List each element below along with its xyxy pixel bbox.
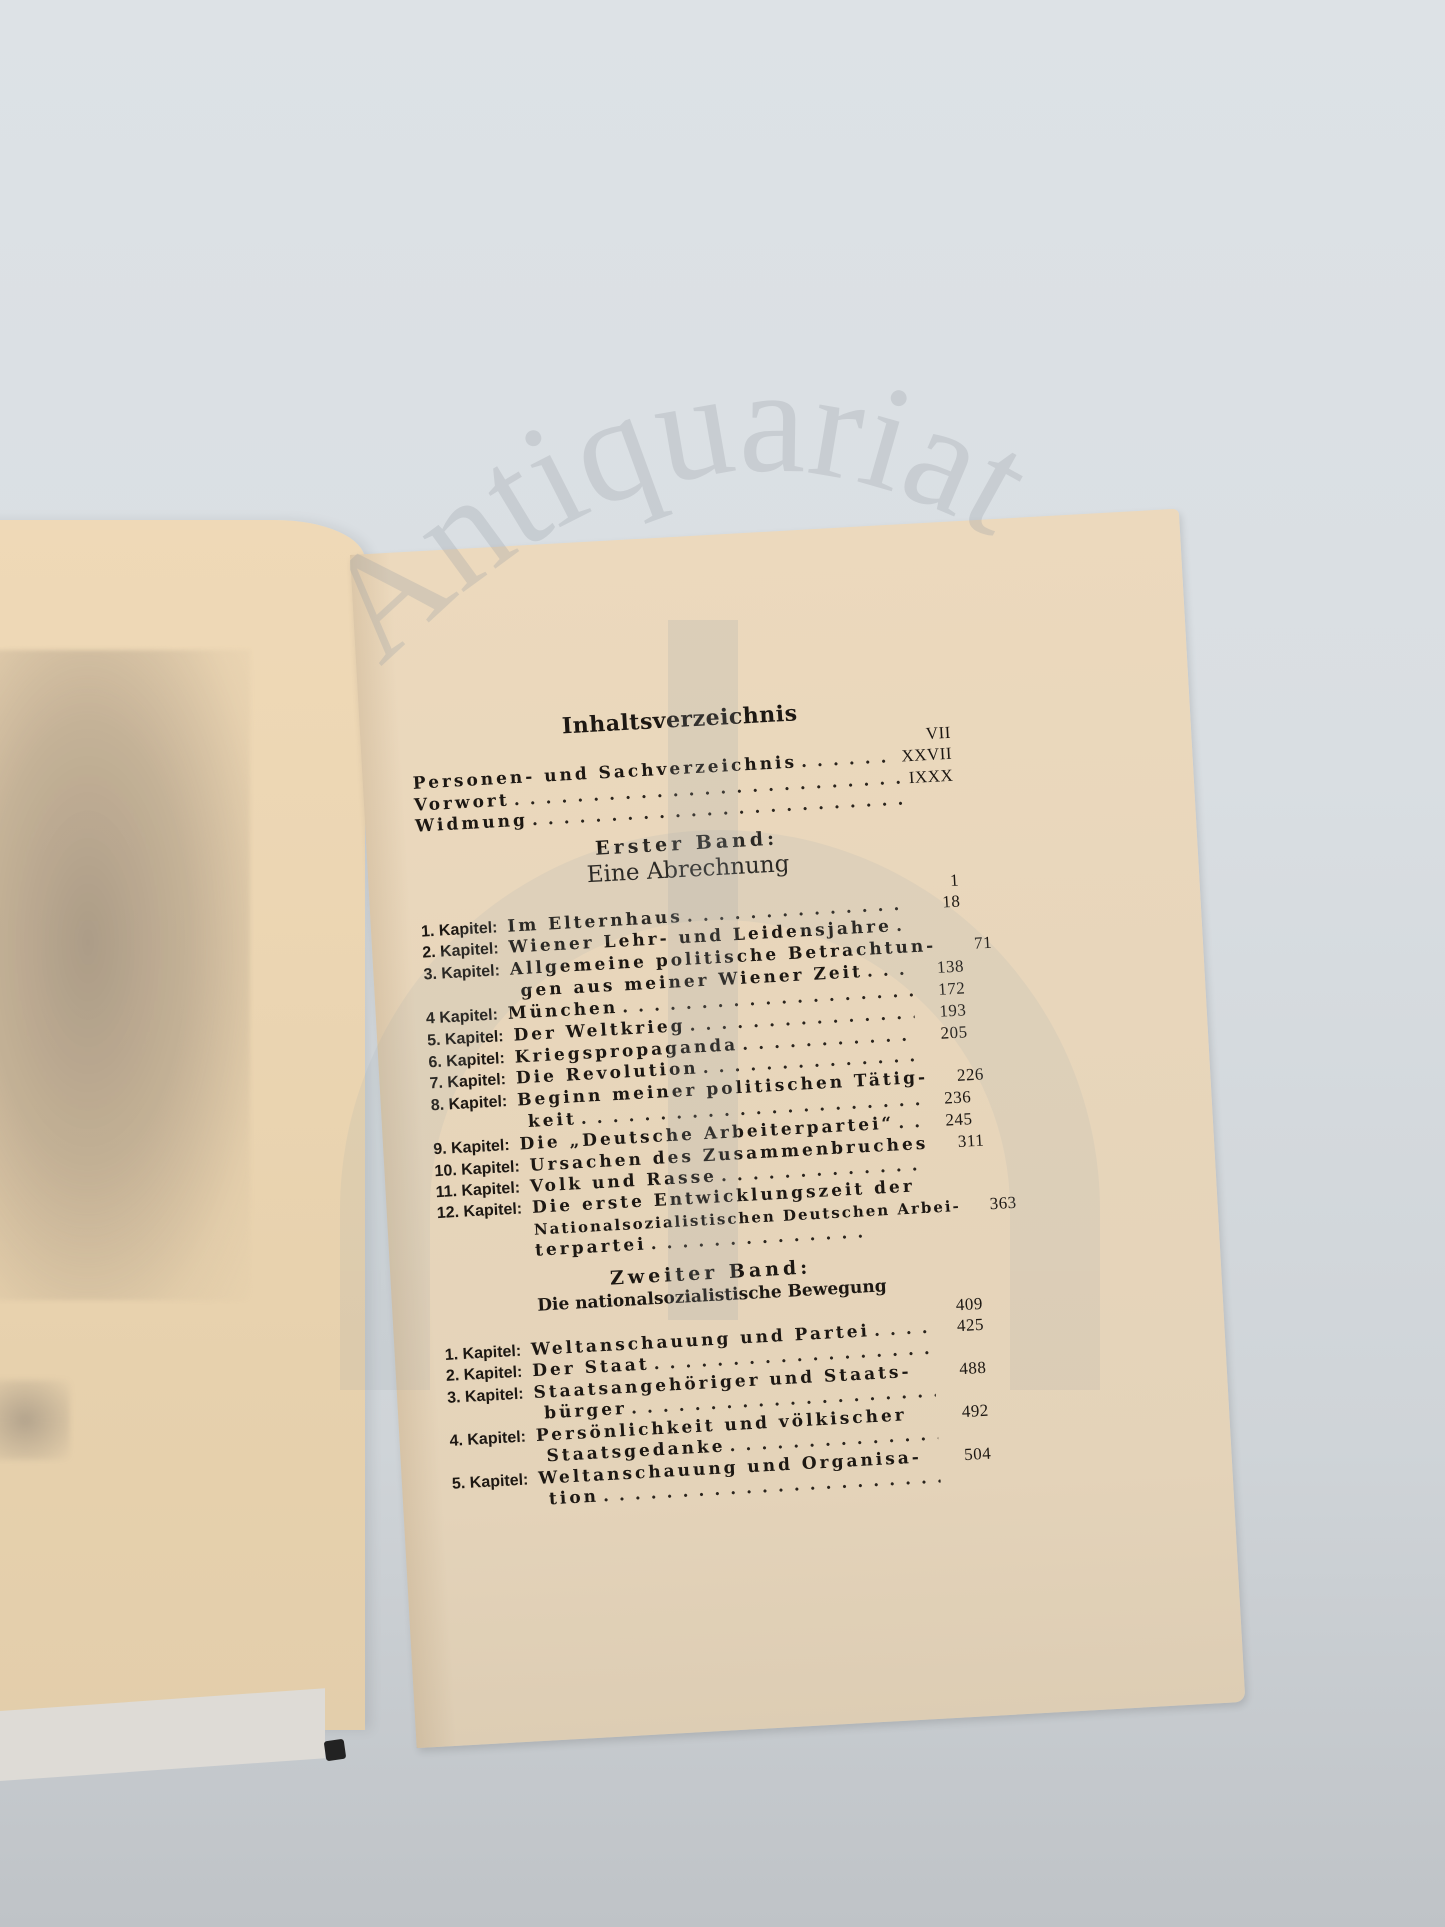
band1-chapters: 1 1. Kapitel:Im Elternhaus..............… — [419, 870, 979, 1268]
band2-chapters: 409 1. Kapitel:Weltanschauung und Partei… — [443, 1293, 993, 1516]
plate-smudge — [0, 1380, 70, 1460]
table-of-contents: Inhaltsverzeichnis VII Personen- und Sac… — [409, 692, 993, 1516]
right-page: Inhaltsverzeichnis VII Personen- und Sac… — [350, 509, 1245, 1748]
book-photo: Inhaltsverzeichnis VII Personen- und Sac… — [0, 0, 1445, 1927]
left-page-plate — [0, 520, 365, 1730]
book-spine-edge — [324, 1739, 347, 1762]
portrait-plate-image — [0, 650, 250, 1300]
